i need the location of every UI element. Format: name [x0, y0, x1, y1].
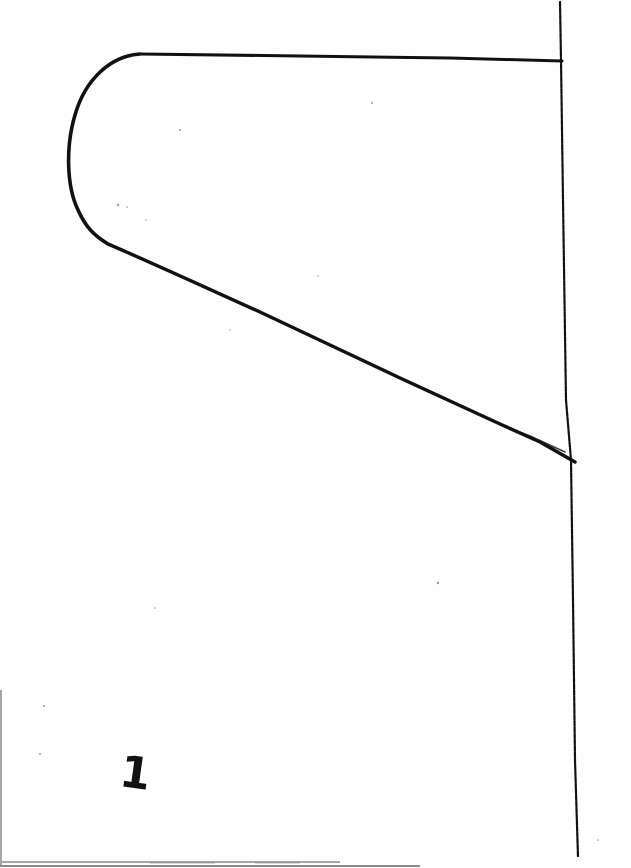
- pattern-sketch: [0, 0, 631, 868]
- fold-line: [560, 2, 578, 857]
- piece-number-label: 1: [117, 750, 153, 798]
- slanted-edge: [108, 244, 575, 462]
- top-edge: [140, 54, 562, 61]
- scanned-sheet: 1: [0, 0, 631, 868]
- rounded-corner: [69, 54, 140, 244]
- scan-frame: [0, 690, 420, 866]
- scan-specks: [39, 102, 599, 841]
